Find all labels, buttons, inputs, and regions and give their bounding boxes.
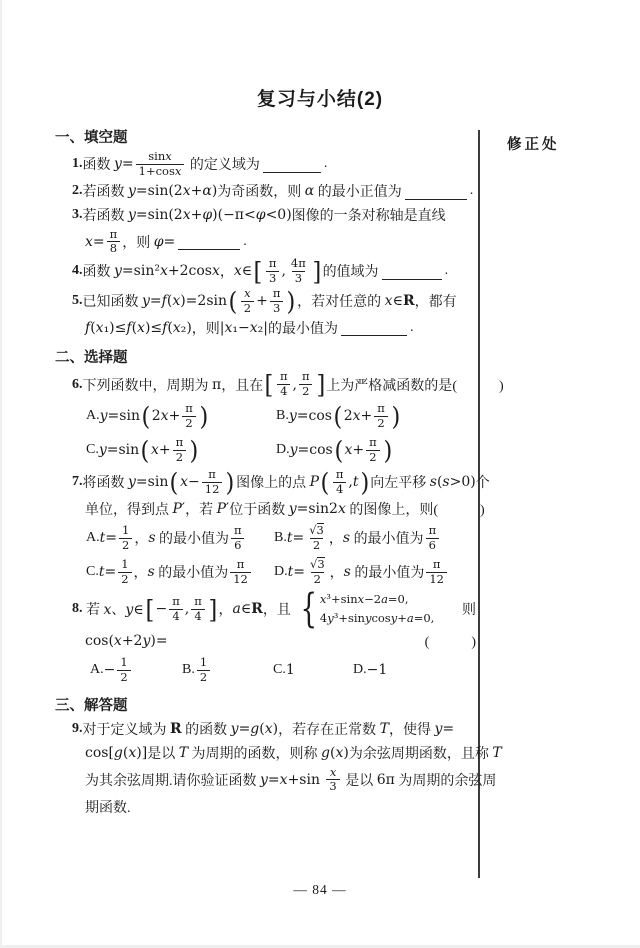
math-expression: y=g(x) [231,721,278,737]
big-bracket: ( [141,438,150,463]
options-row: A.y=sin(2x+π2)B.y=cos(2x+π2) [55,400,476,433]
text: 的图像上，则 [346,499,434,519]
choice-option: C.1 [273,662,353,678]
fraction: π3 [270,287,284,316]
fraction: π4 [333,468,347,497]
math-expression: 2x+ [344,408,373,424]
math-expression: , [281,263,285,279]
fraction: π3 [266,257,280,286]
math-expression: T [492,745,501,761]
question-number: 6. [72,377,83,393]
answer-blank [341,335,407,336]
text: ，使得 [389,719,435,739]
math-expression: y=sin2x [289,501,346,517]
choice-option: A.−12 [90,656,182,685]
worksheet-line: cos(x+2y)=( ) [55,630,476,653]
math-expression: |x₁−x₂| [220,320,268,336]
text: 图像的一条对称轴是直线 [292,205,446,225]
text: ，且在 [221,375,263,395]
fraction: π2 [374,402,388,431]
math-expression: 2x+ [152,408,181,424]
question-number: 4. [72,263,83,279]
math-expression: y= [114,156,134,172]
fraction: 12 [119,524,132,553]
choice-option: D.y=cos(x+π2) [276,436,393,465]
question-number: 2. [72,183,83,199]
math-expression: − [104,662,116,678]
fraction: 12 [117,656,130,685]
big-bracket: ) [287,289,296,314]
text: 的最小值为 [268,318,338,338]
text: 为其余弦周期.请你验证函数 [85,770,260,790]
math-expression: y=x+sin [260,772,324,788]
math-expression: y=cos [290,442,333,458]
math-expression: s [148,564,155,580]
math-expression: x− [180,474,200,490]
big-bracket: ) [360,470,369,495]
math-expression: P [310,474,319,490]
choice-option: C.y=sin(x+π2) [86,436,276,465]
math-expression: t= [287,530,304,546]
text: 的定义域为 [186,154,260,174]
text: 对于定义域为 [83,719,171,739]
big-bracket: [ [254,259,263,284]
text: . [445,263,449,279]
big-bracket: ) [391,404,400,429]
text: A. [86,530,100,546]
choice-option: B.12 [182,656,273,685]
text: ，若存在正常数 [278,719,380,739]
question-number: 1. [72,156,83,172]
text: 的最小值为 [351,562,425,582]
math-expression: g(x) [321,745,349,761]
math-expression: f(x₁)≤f(x)≤f(x₂) [85,320,192,336]
math-expression: y=sin [128,474,168,490]
math-expression: cos[g(x)] [85,745,147,761]
fraction: 12 [118,558,131,587]
math-expression: x+ [151,442,171,458]
math-expression: s(s>0) [430,474,476,490]
math-expression: s [148,530,155,546]
choice-option: B.t=√32，s 的最小值为π6 [274,523,441,553]
math-expression: t= [288,564,305,580]
text: 的最小值为 [156,528,230,548]
worksheet-line: 期函数. [55,795,476,818]
fraction: π4 [169,595,183,624]
math-expression: + [256,293,268,309]
worksheet-line: 6.下列函数中，周期为 π，且在[π4,π2]上为严格减函数的是( ) [55,370,476,399]
math-expression: t= [99,564,116,580]
answer-blank [405,199,467,200]
big-bracket: ] [316,372,325,397]
choice-option: A.y=sin(2x+π2) [86,402,276,431]
fraction: π4 [191,595,205,624]
big-bracket: ( [333,404,342,429]
math-expression: T [380,721,389,737]
choice-option: B.y=cos(2x+π2) [276,402,402,431]
math-expression: α [305,183,314,199]
math-expression: x∈R [385,293,415,309]
math-expression: , [185,601,189,617]
text: . [470,183,474,199]
big-bracket: ( [334,438,343,463]
text: 上为严格减函数的是 [326,375,452,395]
fraction: sinx1+cosx [136,150,185,179]
question-number: 3. [72,207,83,223]
text: 是以 [147,743,179,763]
text: 的函数 [182,719,231,739]
text: 期函数. [85,797,131,817]
math-expression: 1 [286,662,295,678]
fraction: x3 [326,766,339,795]
math-expression: x、y∈ [104,599,144,619]
text: 个 [476,472,490,492]
worksheet-line: 为其余弦周期.请你验证函数 y=x+sin x3 是以 6π 为周期的余弦周 [55,766,476,795]
page-title: 复习与小结(2) [0,84,640,111]
text: ( ) [425,631,476,651]
text: 为周期的余弦周 [395,770,497,790]
text: 若函数 [83,181,129,201]
worksheet-line: 5.已知函数 y=f(x)=2sin(x2+π3)，若对任意的 x∈R，都有 [55,287,476,316]
worksheet-line: 4.函数 y=sin²x+2cosx，x∈[π3,4π3]的值域为. [55,257,476,286]
fraction: 12 [197,656,210,685]
text: A. [90,662,104,678]
text: ，则 [122,232,154,252]
fraction: π8 [107,228,121,257]
math-expression: y=f(x)=2sin [142,293,227,309]
text: 的最小值为 [350,528,424,548]
math-expression: R [170,721,182,737]
math-expression: y=sin²x+2cosx [114,263,220,279]
answer-blank [382,279,442,280]
choice-option: D.−1 [353,662,387,678]
math-expression: x∈ [234,263,252,279]
fraction: π12 [230,558,251,587]
text: 的最小值为 [155,562,229,582]
math-expression: a∈R [233,601,263,617]
text: C. [86,564,99,580]
fraction: π12 [202,468,223,497]
math-expression: ,t [348,474,358,490]
fraction: π6 [426,524,440,553]
math-expression: s [344,564,351,580]
fraction: x2 [241,287,254,316]
text: C. [273,662,286,678]
big-bracket: [ [145,597,154,622]
math-expression: T [179,745,188,761]
question-number: 5. [72,293,83,309]
text: D. [353,662,367,678]
text: ，若对任意的 [297,291,385,311]
big-bracket: ] [312,259,321,284]
section-heading: 一、填空题 [55,126,476,147]
worksheet-page: 复习与小结(2) 修正处 一、填空题1.函数 y=sinx1+cosx 的定义域… [0,0,640,948]
text: ， [134,562,148,582]
text: ( ) [433,499,484,519]
text: D. [276,442,290,458]
worksheet-line: 7.将函数 y=sin(x−π12)图像上的点 P(π4,t)向左平移 s(s>… [55,468,476,497]
text: 若 [83,599,104,619]
text: C. [86,442,99,458]
fraction: π12 [426,558,447,587]
math-expression: x+ [345,442,365,458]
math-expression: − [155,601,167,617]
answer-blank [178,249,240,250]
text: 的最小正值为 [314,181,402,201]
big-bracket: ] [208,597,217,622]
text: ，若 [185,499,217,519]
math-expression: t= [100,530,117,546]
text: . [410,320,414,336]
math-expression: y=sin [99,442,139,458]
math-expression: P′ [217,501,230,517]
text: ， [330,562,344,582]
big-bracket: ) [226,470,235,495]
text: D. [274,564,288,580]
question-number: 8. [72,601,83,617]
big-bracket: ( [170,470,179,495]
text: 将函数 [83,472,129,492]
fraction: π4 [277,370,291,399]
text: 函数 [83,261,115,281]
fraction: π2 [366,436,380,465]
text: 是以 [342,770,377,790]
fraction: π6 [231,524,245,553]
text: ， [329,528,343,548]
math-expression: y=sin(2x+α) [128,183,217,199]
fraction: √32 [306,523,327,553]
text: 图像上的点 [236,472,310,492]
worksheet-line: cos[g(x)]是以 T 为周期的函数，则称 g(x)为余弦周期函数，且称 T [55,742,476,765]
worksheet-line: x=π8，则 φ=. [55,228,476,257]
text: 单位，得到点 [85,499,173,519]
fraction: π2 [173,436,187,465]
math-expression: , [293,377,297,393]
text: ， [134,528,148,548]
text: 函数 [83,154,115,174]
worksheet-line: f(x₁)≤f(x)≤f(x₂)，则|x₁−x₂|的最小值为. [55,316,476,339]
text: 为余弦周期函数，且称 [349,743,493,763]
text: ， [219,599,233,619]
options-row: A.−12B.12C.1D.−1 [55,654,476,687]
worksheet-line: 单位，得到点 P′，若 P′位于函数 y=sin2x 的图像上，则( ) [55,498,476,521]
big-bracket: ( [141,404,150,429]
math-expression: 6π [377,772,395,788]
big-bracket: ) [383,438,392,463]
choice-option: D.t=√32，s 的最小值为π12 [274,557,449,587]
math-expression: −1 [367,662,388,678]
section-heading: 三、解答题 [55,694,476,715]
math-expression: x= [85,234,105,250]
section-heading: 二、选择题 [55,346,476,367]
text: B. [182,662,195,678]
text: 位于函数 [229,499,289,519]
worksheet-line: 2.若函数 y=sin(2x+α)为奇函数，则 α 的最小正值为. [55,180,476,203]
choice-option: C.t=12，s 的最小值为π12 [86,558,274,587]
big-bracket: ( [228,289,237,314]
worksheet-line: 3.若函数 y=sin(2x+φ)(−π<φ<0)图像的一条对称轴是直线 [55,204,476,227]
math-expression: φ= [154,234,176,250]
text: 若函数 [83,205,129,225]
big-bracket: ) [190,438,199,463]
math-expression: P′ [173,501,186,517]
question-number: 7. [72,474,83,490]
text: B. [274,530,287,546]
text: 下列函数中，周期为 [83,375,213,395]
text: . [243,234,247,250]
fraction: 4π3 [288,257,309,286]
math-expression: cos(x+2y)= [85,633,168,649]
text: ，则 [192,318,220,338]
equation-system: {x³+sinx−2a=0,4y³+sinycosy+a=0, [296,590,434,629]
options-row: C.t=12，s 的最小值为π12D.t=√32，s 的最小值为π12 [55,556,476,589]
worksheet-content: 一、填空题1.函数 y=sinx1+cosx 的定义域为.2.若函数 y=sin… [55,126,476,819]
worksheet-line: 1.函数 y=sinx1+cosx 的定义域为. [55,150,476,179]
text: A. [86,408,100,424]
fraction: √32 [307,557,328,587]
text: B. [276,408,289,424]
worksheet-line: 8. 若 x、y∈[−π4,π4]，a∈R，且 {x³+sinx−2a=0,4y… [55,590,476,629]
text: ，都有 [415,291,457,311]
text: ，且 [263,599,295,619]
math-expression: y= [434,721,454,737]
text: 已知函数 [83,291,143,311]
math-expression: s [343,530,350,546]
text: . [324,156,328,172]
big-bracket: ) [199,404,208,429]
math-expression: y=sin [100,408,140,424]
text: ( ) [452,375,503,395]
answer-blank [263,172,321,173]
text: 向左平移 [370,472,430,492]
math-expression: y=cos [289,408,332,424]
options-row: A.t=12，s 的最小值为π6B.t=√32，s 的最小值为π6 [55,522,476,555]
text: ， [220,261,234,281]
big-bracket: ( [321,470,330,495]
text: 则 [462,599,476,619]
fraction: π2 [299,370,313,399]
choice-option: A.t=12，s 的最小值为π6 [86,524,274,553]
math-expression: y=sin(2x+φ)(−π<φ<0) [128,207,292,223]
question-number: 9. [72,721,83,737]
worksheet-line: 9.对于定义域为 R 的函数 y=g(x)，若存在正常数 T，使得 y= [55,718,476,741]
correction-area-label: 修正处 [507,133,560,154]
text: 为奇函数，则 [217,181,305,201]
big-bracket: [ [265,372,274,397]
fraction: π2 [182,402,196,431]
page-number: — 84 — [0,882,640,898]
math-expression: π [212,377,221,393]
options-row: C.y=sin(x+π2)D.y=cos(x+π2) [55,434,476,467]
text: 为周期的函数，则称 [188,743,321,763]
text: 的值域为 [323,261,379,281]
